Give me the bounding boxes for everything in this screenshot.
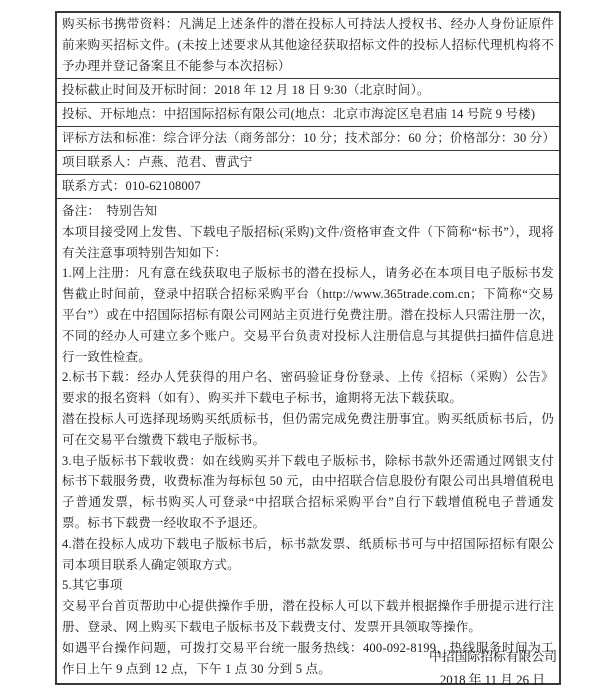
tender-notice-table: 购买标书携带资料：凡满足上述条件的潜在投标人可持法人授权书、经办人身份证原件前来… [55,11,561,685]
notes-label: 备注： 特别告知 [62,201,554,222]
notes-paragraph-help-center: 交易平台首页帮助中心提供操作手册，潜在投标人可以下载并根据操作手册提示进行注册、… [62,596,554,638]
notes-paragraph-intro: 本项目接受网上发售、下载电子版招标(采购)文件/资格审查文件（下简称“标书”），… [62,222,554,264]
notes-paragraph-paper-copy: 潜在投标人可选择现场购买纸质标书，但仍需完成免费注册事宜。购买纸质标书后，仍可在… [62,409,554,451]
signature-date: 2018 年 11 月 26 日 [429,669,561,692]
table-row-bid-location: 投标、开标地点：中招国际招标有限公司(地点：北京市海淀区皂君庙 14 号院 9 … [57,103,559,127]
table-row-bid-deadline: 投标截止时间及开标时间：2018 年 12 月 18 日 9:30（北京时间）。 [57,79,559,103]
notes-paragraph-document-download: 2.标书下载：经办人凭获得的用户名、密码验证身份登录、上传《招标（采购）公告》要… [62,367,554,409]
table-row-purchase-materials: 购买标书携带资料：凡满足上述条件的潜在投标人可持法人授权书、经办人身份证原件前来… [57,13,559,79]
signature-company: 中招国际招标有限公司 [429,646,561,669]
notes-paragraph-invoice-pickup: 4.潜在投标人成功下载电子版标书后，标书款发票、纸质标书可与中招国际招标有限公司… [62,534,554,576]
tender-notice-document: 购买标书携带资料：凡满足上述条件的潜在投标人可持法人授权书、经办人身份证原件前来… [0,0,613,700]
table-row-evaluation-method: 评标方法和标准：综合评分法（商务部分：10 分；技术部分：60 分；价格部分：3… [57,127,559,151]
table-row-contact-phone: 联系方式：010-62108007 [57,175,559,199]
notes-paragraph-other-matters: 5.其它事项 [62,575,554,596]
signature-block: 中招国际招标有限公司 2018 年 11 月 26 日 [429,646,561,692]
notes-paragraph-download-fee: 3.电子版标书下载收费：如在线购买并下载电子版标书，除标书款外还需通过网银支付标… [62,451,554,534]
table-row-special-notes: 备注： 特别告知 本项目接受网上发售、下载电子版招标(采购)文件/资格审查文件（… [57,199,559,683]
notes-paragraph-online-registration: 1.网上注册：凡有意在线获取电子版标书的潜在投标人，请务必在本项目电子版标书发售… [62,263,554,367]
table-row-project-contacts: 项目联系人：卢燕、范君、曹武宁 [57,151,559,175]
